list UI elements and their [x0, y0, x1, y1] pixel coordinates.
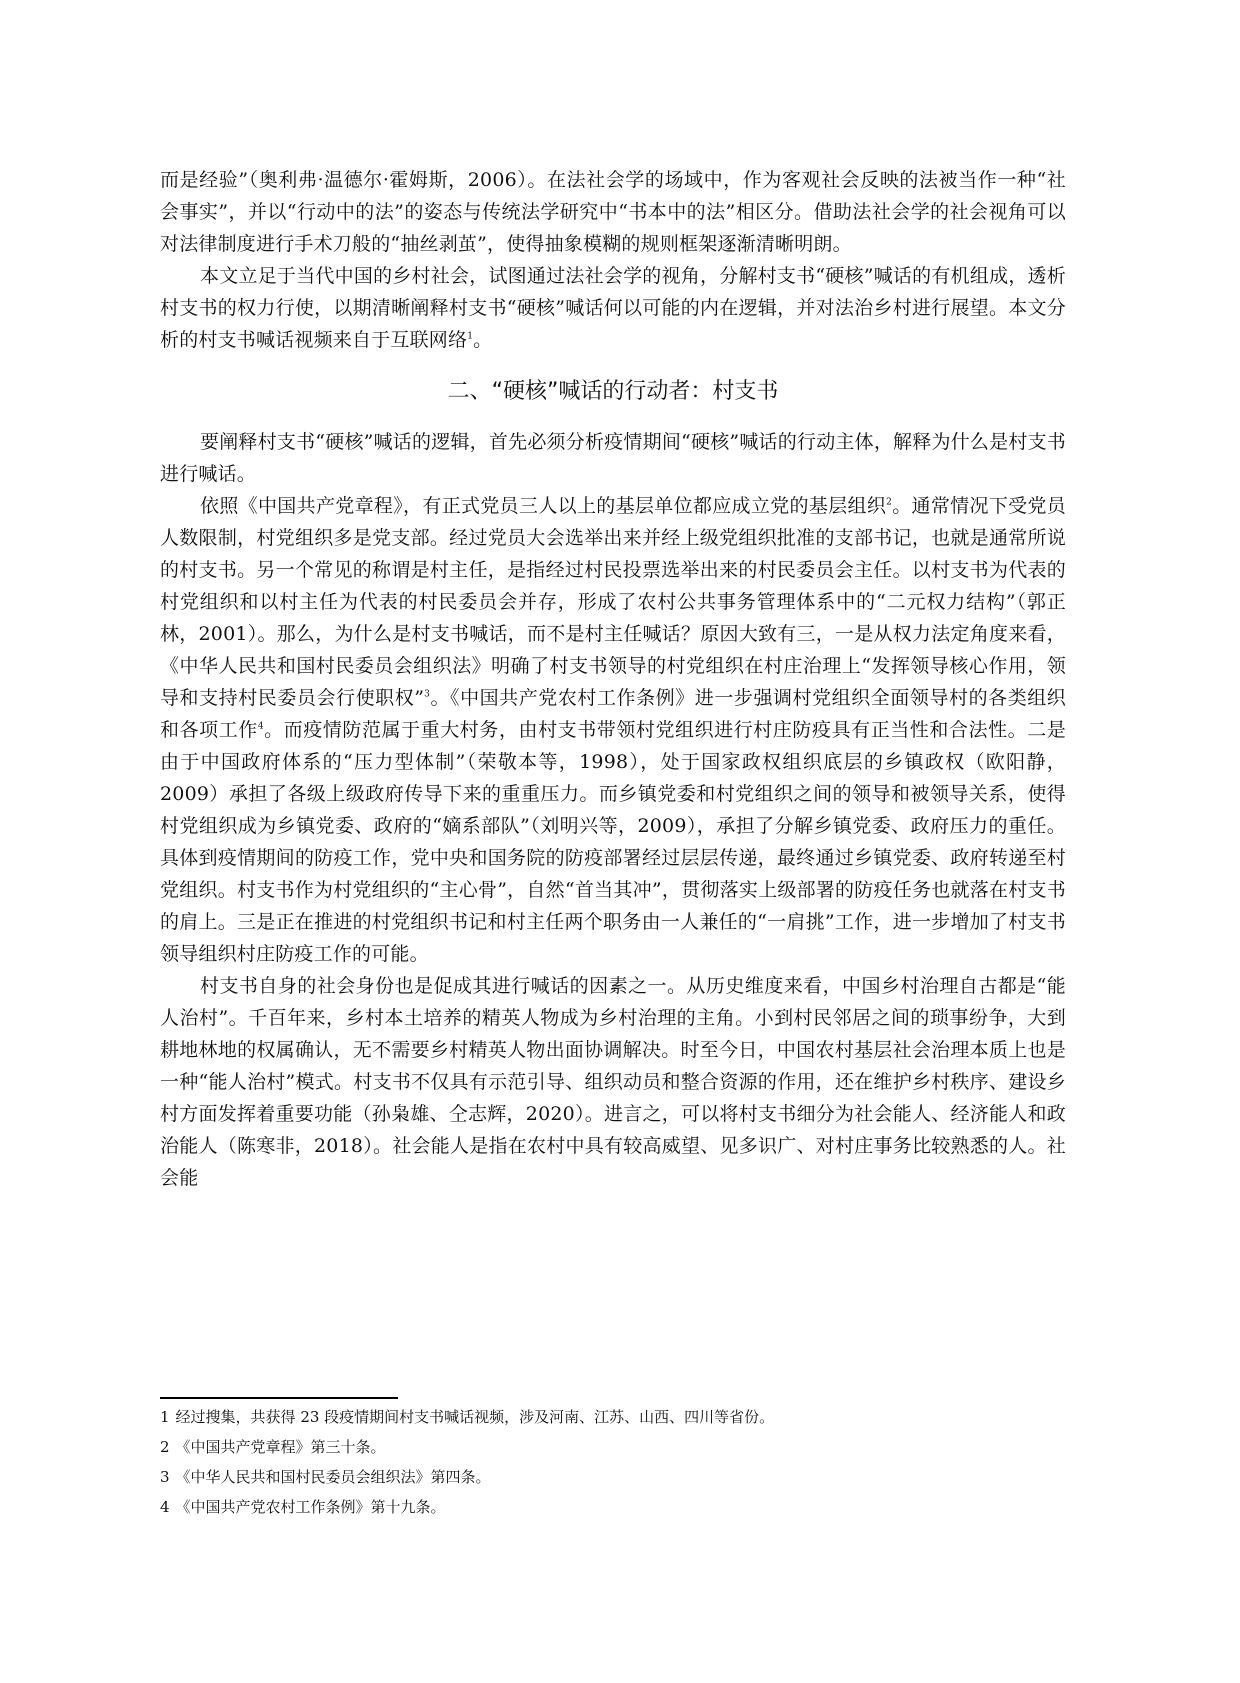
footnote-text: 经过搜集，共获得 23 段疫情期间村支书喊话视频，涉及河南、江苏、山西、四川等省… [176, 1408, 775, 1426]
paragraph-intro: 本文立足于当代中国的乡村社会，试图通过法社会学的视角，分解村支书“硬核”喊话的有… [160, 260, 1066, 356]
footnote-number: 1 [160, 1408, 170, 1426]
paragraph-party-constitution: 依照《中国共产党章程》，有正式党员三人以上的基层单位都应成立党的基层组织2。通常… [160, 490, 1066, 970]
footnote-text: 《中国共产党农村工作条例》第十九条。 [176, 1498, 446, 1516]
paragraph-actor-intro: 要阐释村支书“硬核”喊话的逻辑，首先必须分析疫情期间“硬核”喊话的行动主体，解释… [160, 426, 1066, 490]
footnote-separator [160, 1397, 398, 1399]
document-body: 而是经验”（奥利弗·温德尔·霍姆斯，2006）。在法社会学的场域中，作为客观社会… [160, 164, 1066, 1194]
footnote-number: 4 [160, 1498, 170, 1516]
paragraph-intro-tail: 。 [473, 329, 492, 351]
paragraph-text-part4: 。而疫情防范属于重大村务，由村支书带领村党组织进行村庄防疫具有正当性和合法性。二… [160, 719, 1066, 965]
footnotes: 1经过搜集，共获得 23 段疫情期间村支书喊话视频，涉及河南、江苏、山西、四川等… [160, 1402, 1066, 1522]
footnote-4: 4《中国共产党农村工作条例》第十九条。 [160, 1492, 1066, 1522]
footnote-text: 《中国共产党章程》第三十条。 [176, 1438, 386, 1456]
section-heading: 二、“硬核”喊话的行动者：村支书 [160, 376, 1066, 408]
paragraph-text-part1: 依照《中国共产党章程》，有正式党员三人以上的基层单位都应成立党的基层组织 [200, 495, 886, 517]
paragraph-social-identity: 村支书自身的社会身份也是促成其进行喊话的因素之一。从历史维度来看，中国乡村治理自… [160, 970, 1066, 1194]
paragraph-text-part2: 。通常情况下受党员人数限制，村党组织多是党支部。经过党员大会选举出来并经上级党组… [160, 495, 1066, 709]
paragraph-intro-text: 本文立足于当代中国的乡村社会，试图通过法社会学的视角，分解村支书“硬核”喊话的有… [160, 265, 1066, 351]
footnote-1: 1经过搜集，共获得 23 段疫情期间村支书喊话视频，涉及河南、江苏、山西、四川等… [160, 1402, 1066, 1432]
footnote-number: 2 [160, 1438, 170, 1456]
footnote-text: 《中华人民共和国村民委员会组织法》第四条。 [176, 1468, 491, 1486]
footnote-3: 3《中华人民共和国村民委员会组织法》第四条。 [160, 1462, 1066, 1492]
paragraph-continuation: 而是经验”（奥利弗·温德尔·霍姆斯，2006）。在法社会学的场域中，作为客观社会… [160, 164, 1066, 260]
footnote-2: 2《中国共产党章程》第三十条。 [160, 1432, 1066, 1462]
footnote-number: 3 [160, 1468, 170, 1486]
